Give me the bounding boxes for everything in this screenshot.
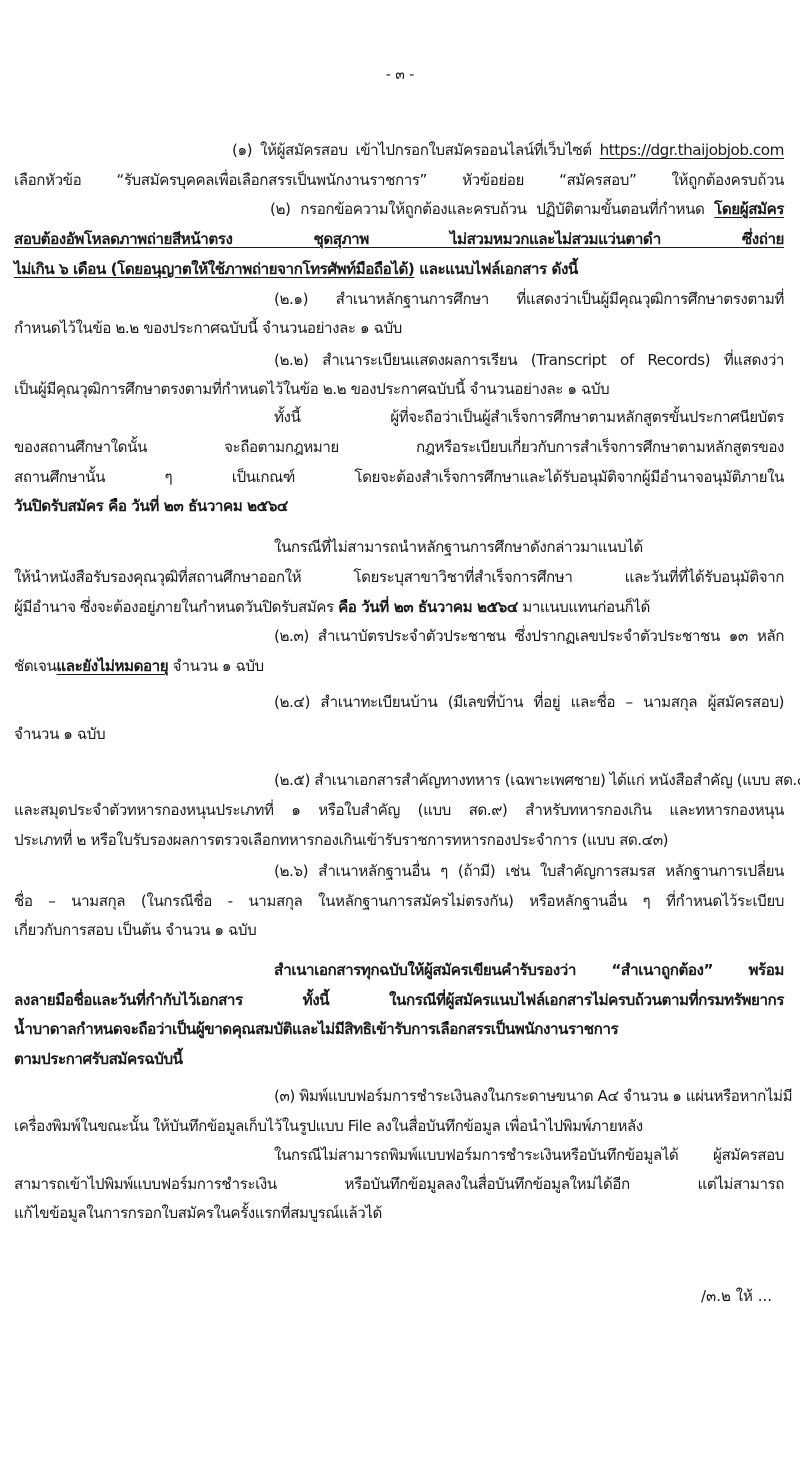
item1-text: (๑) ให้ผู้สมัครสอบ เข้าไปกรอกใบสมัครออนไ… [232,141,600,159]
item2-3-line2: ชัดเจนและยังไม่หมดอายุ จำนวน ๑ ฉบับ [14,652,784,680]
graduation-note-line3: สถานศึกษานั้น ๆ เป็นเกณฑ์ โดยจะต้องสำเร็… [14,463,784,491]
not-expired-emphasis: และยังไม่หมดอายุ [56,657,168,675]
graduation-note-line1: ทั้งนี้ ผู้ที่จะถือว่าเป็นผู้สำเร็จการศึ… [274,403,784,431]
page-number: - ๓ - [0,64,800,86]
item2-4-line1: (๒.๔) สำเนาทะเบียนบ้าน (มีเลขที่บ้าน ที่… [274,688,784,716]
item2-6-line3: เกี่ยวกับการสอบ เป็นต้น จำนวน ๑ ฉบับ [14,916,784,944]
item2-text: (๒) กรอกข้อความให้ถูกต้องและครบถ้วน ปฏิบ… [270,200,714,218]
payment-note-line1: ในกรณีไม่สามารถพิมพ์แบบฟอร์มการชำระเงินห… [274,1141,784,1169]
item2-5-line3: ประเภทที่ ๒ หรือใบรับรองผลการตรวจเลือกทห… [14,826,784,854]
item2-6-line1: (๒.๖) สำเนาหลักฐานอื่น ๆ (ถ้ามี) เช่น ใบ… [274,857,784,885]
item2-emphasis: โดยผู้สมัคร [714,200,784,218]
certificate-note-text: ผู้มีอำนาจ ซึ่งจะต้องอยู่ภายในกำหนดวันปิ… [14,598,338,616]
item2-2-line1: (๒.๒) สำเนาระเบียนแสดงผลการเรียน (Transc… [274,346,784,374]
copies-note-line2: ลงลายมือชื่อและวันที่กำกับไว้เอกสาร ทั้ง… [14,986,784,1014]
certificate-note-line3: ผู้มีอำนาจ ซึ่งจะต้องอยู่ภายในกำหนดวันปิ… [14,593,784,621]
item2-photo-note: ไม่เกิน ๖ เดือน (โดยอนุญาตให้ใช้ภาพถ่ายจ… [14,260,414,278]
copies-note-line1: สำเนาเอกสารทุกฉบับให้ผู้สมัครเขียนคำรับร… [274,956,784,984]
payment-note-line3: แก้ไขข้อมูลในการกรอกใบสมัครในครั้งแรกที่… [14,1199,784,1227]
item1-line2: เลือกหัวข้อ “รับสมัครบุคคลเพื่อเลือกสรรเ… [14,166,784,194]
certificate-note-line2: ให้นำหนังสือรับรองคุณวุฒิที่สถานศึกษาออก… [14,563,784,591]
closing-date: คือ วันที่ ๒๓ ธันวาคม ๒๕๖๔ [338,598,518,616]
item3-line1: (๓) พิมพ์แบบฟอร์มการชำระเงินลงในกระดาษขน… [274,1082,784,1110]
item2-2-line2: เป็นผู้มีคุณวุฒิการศึกษาตรงตามที่กำหนดไว… [14,375,784,403]
item3-line2: เครื่องพิมพ์ในขณะนั้น ให้บันทึกข้อมูลเก็… [14,1112,784,1140]
item2-line2: สอบต้องอัพโหลดภาพถ่ายสีหน้าตรง ชุดสุภาพ … [14,225,784,253]
item1-line1: (๑) ให้ผู้สมัครสอบ เข้าไปกรอกใบสมัครออนไ… [232,136,784,164]
graduation-note-line4: วันปิดรับสมัคร คือ วันที่ ๒๓ ธันวาคม ๒๕๖… [14,492,784,520]
copies-note-line4: ตามประกาศรับสมัครฉบับนี้ [14,1045,784,1073]
certificate-note-line1: ในกรณีที่ไม่สามารถนำหลักฐานการศึกษาดังกล… [274,533,784,561]
item2-line3: ไม่เกิน ๖ เดือน (โดยอนุญาตให้ใช้ภาพถ่ายจ… [14,255,784,283]
item2-1-line1: (๒.๑) สำเนาหลักฐานการศึกษา ที่แสดงว่าเป็… [274,285,784,313]
item2-5-line2: และสมุดประจำตัวทหารกองหนุนประเภทที่ ๑ หร… [14,796,784,824]
item2-line1: (๒) กรอกข้อความให้ถูกต้องและครบถ้วน ปฏิบ… [270,195,784,223]
application-website-link[interactable]: https://dgr.thaijobjob.com [600,141,784,159]
item2-3-line1: (๒.๓) สำเนาบัตรประจำตัวประชาชน ซึ่งปรากฏ… [274,622,784,650]
continuation-marker: /๓.๒ ให้ ... [701,1284,772,1308]
copies-note-line3: น้ำบาดาลกำหนดจะถือว่าเป็นผู้ขาดคุณสมบัติ… [14,1015,784,1043]
certificate-note-rest: มาแนบแทนก่อนก็ได้ [518,598,650,616]
graduation-note-line2: ของสถานศึกษาใดนั้น จะถือตามกฎหมาย กฎหรือ… [14,433,784,461]
item2-attach-text: และแนบไฟล์เอกสาร ดังนี้ [414,260,577,278]
payment-note-line2: สามารถเข้าไปพิมพ์แบบฟอร์มการชำระเงิน หรื… [14,1170,784,1198]
item2-5-line1: (๒.๕) สำเนาเอกสารสำคัญทางทหาร (เฉพาะเพศช… [274,766,784,794]
item2-1-line2: กำหนดไว้ในข้อ ๒.๒ ของประกาศฉบับนี้ จำนวน… [14,314,784,342]
item2-3-text: ชัดเจน [14,657,56,675]
item2-6-line2: ชื่อ – นามสกุล (ในกรณีชื่อ - นามสกุล ในห… [14,887,784,915]
item2-3-count: จำนวน ๑ ฉบับ [168,657,264,675]
item2-4-line2: จำนวน ๑ ฉบับ [14,720,784,748]
